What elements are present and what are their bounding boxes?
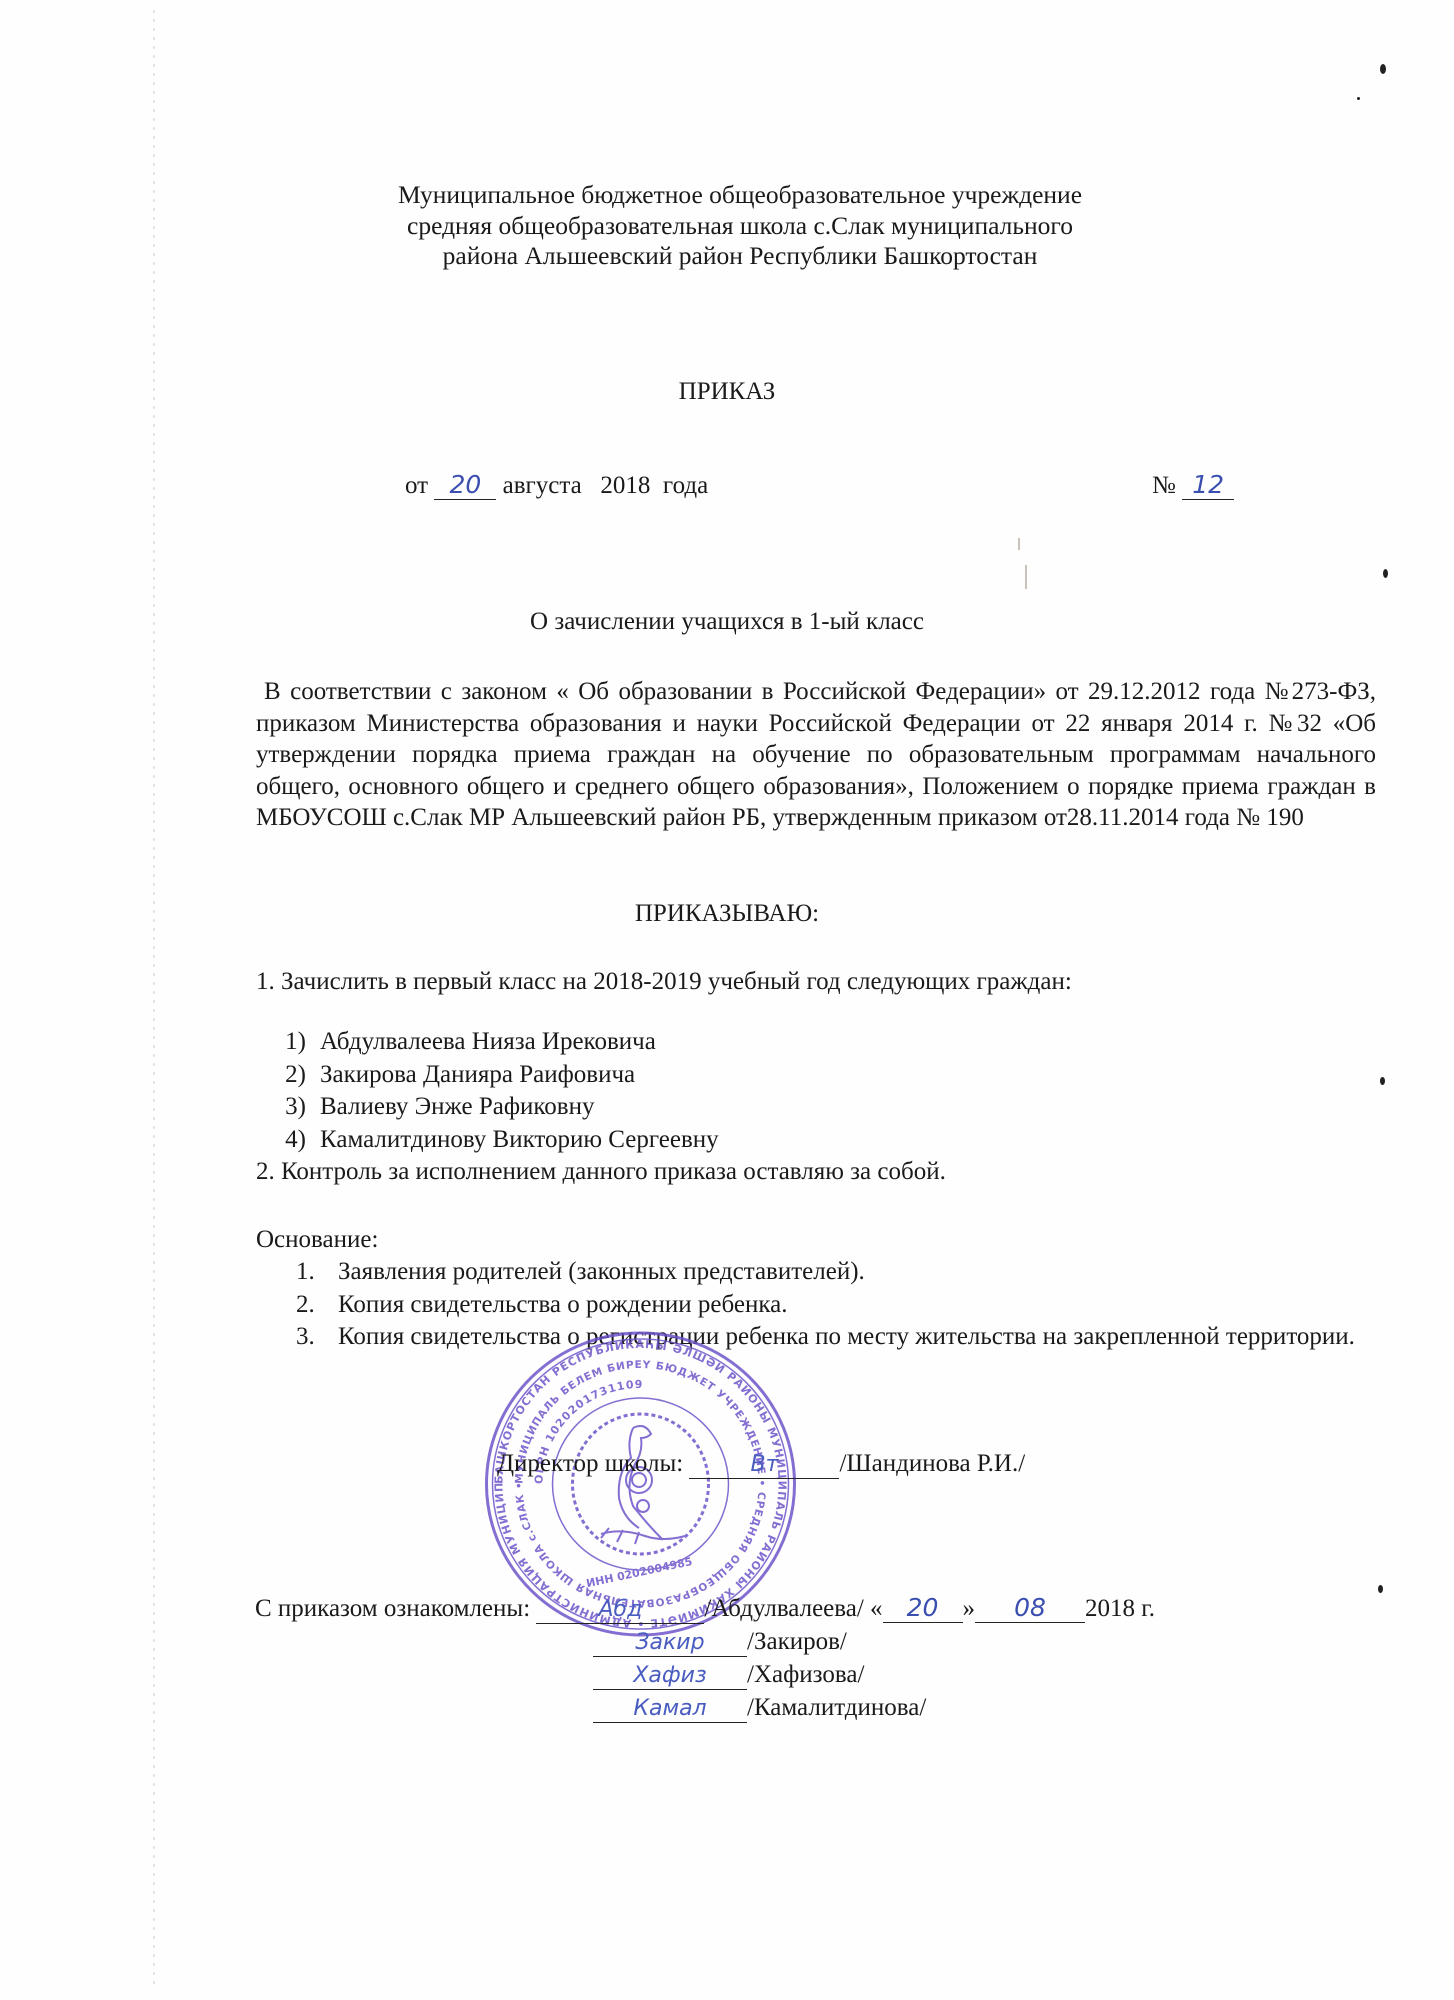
parent-signature: Камал (633, 1696, 706, 1721)
date-quote-close: » (963, 1595, 976, 1622)
parent-name: /Закиров/ (747, 1628, 847, 1655)
date-rest: августа 2018 года (503, 472, 709, 499)
date-prefix: от (405, 472, 428, 499)
basis-item: 3.Копия свидетельства о регистрации ребе… (296, 1321, 1376, 1354)
ack-day-handwritten: 20 (907, 1593, 939, 1622)
acquaintance-row: С приказом ознакомлены: Абд/Абдулвалеева… (255, 1592, 1155, 1625)
basis-text: Копия свидетельства о рождении ребенка. (338, 1289, 1376, 1322)
date-day-handwritten: 20 (449, 470, 481, 499)
ack-month-handwritten: 08 (1014, 1593, 1046, 1622)
student-name: Камалитдинову Викторию Сергеевну (320, 1126, 719, 1153)
order-subject: О зачислении учащихся в 1-ый класс (0, 608, 1454, 636)
number-handwritten: 12 (1192, 470, 1224, 499)
basis-number: 2. (296, 1289, 338, 1322)
director-signature-field: Вт (689, 1451, 839, 1479)
acquainted-label: С приказом ознакомлены: (255, 1595, 530, 1622)
parent-name: /Абдулвалеева/ (704, 1595, 863, 1622)
basis-list: 1.Заявления родителей (законных представ… (296, 1256, 1376, 1354)
order-item-1: 1. Зачислить в первый класс на 2018-2019… (256, 968, 1072, 996)
parent-signature: Хафиз (633, 1663, 706, 1688)
parent-name: /Камалитдинова/ (747, 1694, 926, 1721)
ack-year: 2018 г. (1085, 1595, 1155, 1622)
student-name: Валиеву Энже Рафиковну (320, 1093, 594, 1120)
director-signature-line: Директор школы: Вт/Шандинова Р.И./ (497, 1450, 1025, 1479)
basis-number: 3. (296, 1321, 338, 1354)
director-label: Директор школы: (497, 1450, 683, 1477)
student-row: 1)Абдулвалеева Нияза Ирековича (266, 1026, 719, 1059)
parent-signature: Абд (598, 1597, 642, 1622)
header-line: средняя общеобразовательная школа с.Слак… (340, 211, 1140, 242)
signature-field: Закир (593, 1629, 747, 1657)
basis-text: Заявления родителей (законных представит… (338, 1256, 1376, 1289)
document-page: Муниципальное бюджетное общеобразователь… (0, 0, 1454, 2000)
student-name: Закирова Данияра Раифовича (320, 1061, 635, 1088)
header-line: Муниципальное бюджетное общеобразователь… (340, 180, 1140, 211)
scan-hairline (1025, 565, 1027, 589)
scan-speck (1380, 64, 1386, 74)
student-row: 4)Камалитдинову Викторию Сергеевну (266, 1124, 719, 1157)
director-name: /Шандинова Р.И./ (839, 1450, 1025, 1477)
student-number: 1) (266, 1026, 306, 1059)
ack-month-field: 08 (975, 1595, 1085, 1623)
signature-field: Абд (536, 1596, 704, 1624)
acquaintance-row: Закир/Закиров/ (255, 1625, 1155, 1658)
order-date: от 20 августа 2018 года (405, 472, 708, 500)
ack-day-field: 20 (883, 1595, 963, 1623)
scan-hairline (1018, 538, 1020, 550)
date-quote-open: « (870, 1595, 883, 1622)
scan-edge-artifact (153, 10, 155, 1990)
basis-item: 2.Копия свидетельства о рождении ребенка… (296, 1289, 1376, 1322)
date-day-field: 20 (434, 472, 496, 500)
number-prefix: № (1152, 472, 1176, 499)
scan-speck (1380, 1077, 1385, 1085)
scan-speck (1378, 1585, 1383, 1593)
student-name: Абдулвалеева Нияза Ирековича (320, 1028, 656, 1055)
number-field: 12 (1182, 472, 1234, 500)
student-number: 4) (266, 1124, 306, 1157)
svg-text:БАШКОРТОСТАН РЕСПУБЛИКАҺЫ ӘЛШӘ: БАШКОРТОСТАН РЕСПУБЛИКАҺЫ ӘЛШӘЙ РАЙОНЫ М… (483, 1330, 789, 1630)
orders-heading: ПРИКАЗЫВАЮ: (0, 900, 1454, 928)
order-item-2: 2. Контроль за исполнением данного прика… (256, 1158, 946, 1186)
signature-field: Камал (593, 1695, 747, 1723)
basis-label: Основание: (256, 1226, 378, 1254)
scan-speck (1357, 97, 1360, 100)
order-number: № 12 (1152, 472, 1234, 500)
scan-speck (1383, 569, 1388, 578)
document-title: ПРИКАЗ (0, 378, 1454, 406)
parent-name: /Хафизова/ (747, 1661, 864, 1688)
student-row: 3)Валиеву Энже Рафиковну (266, 1091, 719, 1124)
basis-item: 1.Заявления родителей (законных представ… (296, 1256, 1376, 1289)
basis-number: 1. (296, 1256, 338, 1289)
student-number: 3) (266, 1091, 306, 1124)
acquaintance-row: Хафиз/Хафизова/ (255, 1658, 1155, 1691)
header-line: района Альшеевский район Республики Башк… (340, 241, 1140, 272)
signature-field: Хафиз (593, 1662, 747, 1690)
order-preamble: В соответствии с законом « Об образовани… (256, 676, 1376, 834)
acquaintance-row: Камал/Камалитдинова/ (255, 1691, 1155, 1724)
institution-header: Муниципальное бюджетное общеобразователь… (340, 180, 1140, 272)
student-list: 1)Абдулвалеева Нияза Ирековича 2)Закиров… (266, 1026, 719, 1156)
director-signature: Вт (751, 1452, 779, 1477)
parent-signature: Закир (635, 1630, 704, 1655)
student-row: 2)Закирова Данияра Раифовича (266, 1059, 719, 1092)
student-number: 2) (266, 1059, 306, 1092)
acquaintance-block: С приказом ознакомлены: Абд/Абдулвалеева… (255, 1592, 1155, 1724)
